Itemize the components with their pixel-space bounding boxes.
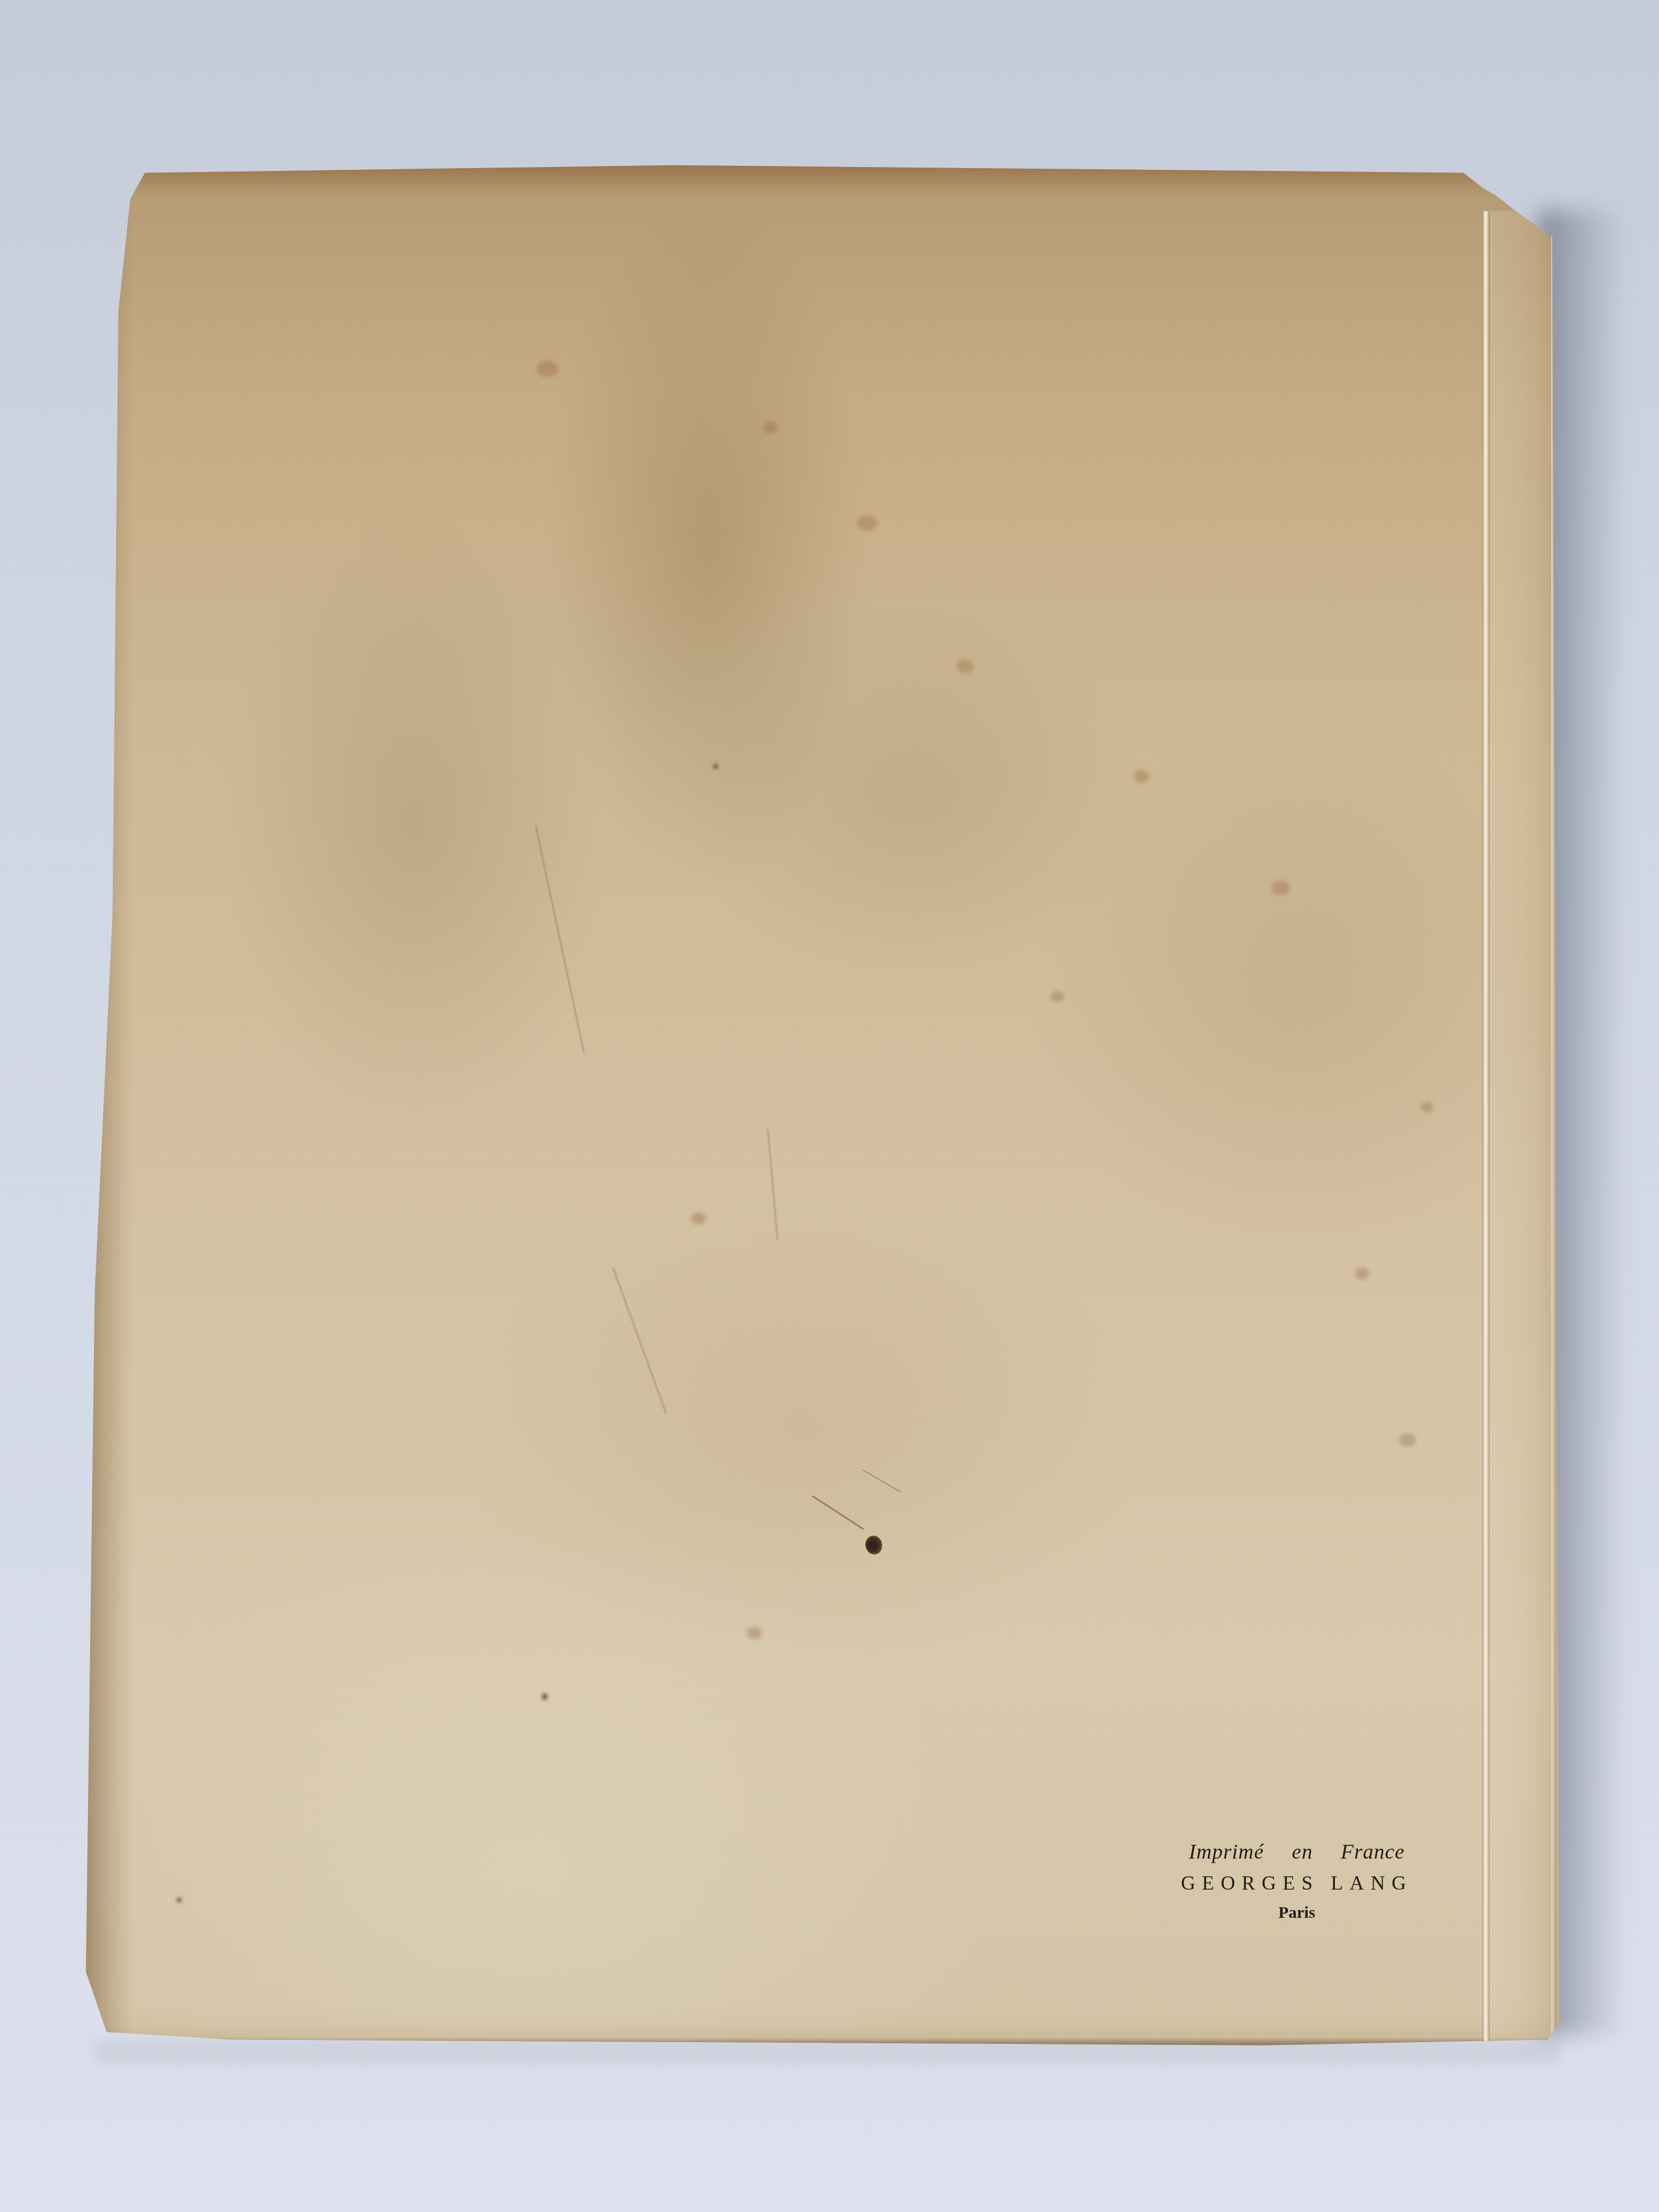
imprint-printer-name: GEORGES LANG [1153, 1867, 1441, 1899]
scratch-mark [862, 1469, 901, 1493]
foxing-dark-speck [177, 1898, 181, 1902]
imprint-printed-in-france: Imprimé en France [1153, 1837, 1441, 1867]
scratch-mark [812, 1495, 864, 1530]
foxing-spot [1051, 991, 1064, 1002]
foxing-spot [1355, 1267, 1369, 1280]
foxing-spot [763, 421, 778, 434]
foxing-dark-speck [713, 764, 718, 769]
foxing-spot [536, 361, 559, 377]
book-back-cover: Imprimé en France GEORGES LANG Paris [83, 161, 1559, 2047]
spine-fold-crease [1482, 211, 1490, 2042]
foxing-spot [1134, 770, 1149, 783]
foxing-dark-speck [542, 1693, 547, 1700]
foxing-spot [1421, 1102, 1433, 1113]
foxing-spot [957, 659, 973, 674]
foxing-spot [691, 1212, 706, 1224]
foxing-spot [747, 1627, 762, 1639]
foxing-spot [1399, 1433, 1416, 1447]
puncture-hole [865, 1536, 882, 1554]
paper-crease [612, 1267, 667, 1413]
paper-crease [535, 825, 585, 1052]
printer-imprint: Imprimé en France GEORGES LANG Paris [1153, 1837, 1441, 1927]
spine-strip [1490, 211, 1559, 2042]
paper-crease [767, 1129, 778, 1240]
book-bottom-shadow [94, 2041, 1559, 2063]
imprint-city: Paris [1153, 1899, 1441, 1927]
foxing-spot [1272, 880, 1290, 895]
foxing-spot [857, 515, 877, 531]
